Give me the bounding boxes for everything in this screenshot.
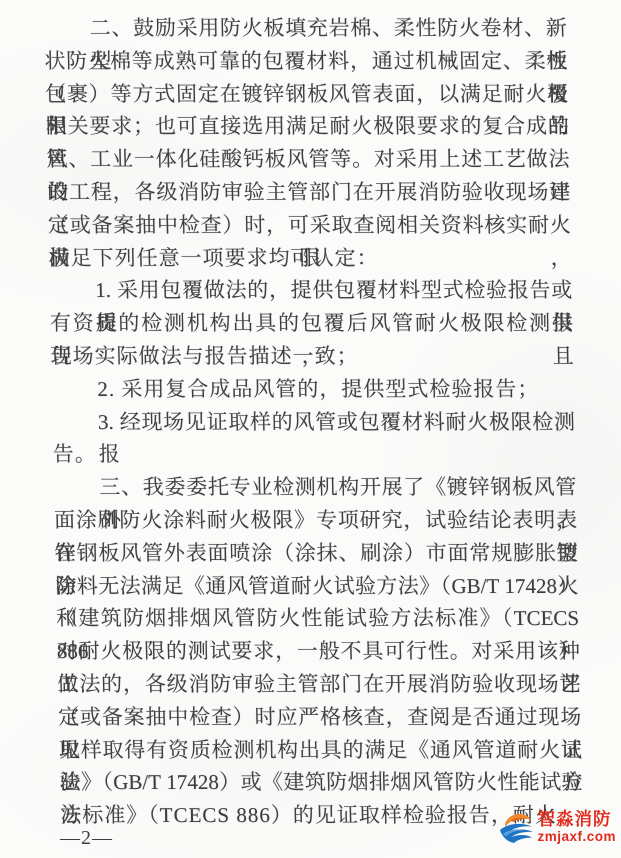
watermark-text: 智淼消防 zmjaxf.com [537,811,616,844]
document-page: 二、鼓励采用防火板填充岩棉、柔性防火卷材、新型板状防火棉等成熟可靠的包覆材料，通… [0,0,621,858]
document-body: 二、鼓励采用防火板填充岩棉、柔性防火卷材、新型板状防火棉等成熟可靠的包覆材料，通… [43,12,583,832]
text-line: 对耐火极限的测试要求，一般不具可行性。对采用该种工艺 [56,635,580,668]
text-line: 有资质的检测机构出具的包覆后风管耐火极限检测报告，且 [50,307,574,340]
text-line: 设工程，各级消防审验主管部门在开展消防验收现场评定 [47,176,571,209]
zhimiao-fire-logo-icon [499,810,535,844]
text-line: 三、我委委托专业检测机构开展了《镀锌钢板风管外表 [53,471,577,504]
text-line: 做法的，各级消防审验主管部门在开展消防验收现场评定 [57,668,581,701]
text-line: （或备案抽中检查）时，可采取查阅相关资料核实耐火极限， [48,209,572,242]
text-line: 涂料无法满足《通风管道耐火试验方法》（GB/T 17428）和 [55,570,579,603]
text-line: 法》（GB/T 17428）或《建筑防烟排烟风管防火性能试验方 [59,766,583,799]
page-footer: —2— [60,827,113,850]
page-number: —2— [60,827,113,849]
text-line: 锌钢板风管外表面喷涂（涂抹、刷涂）市面常规膨胀型防火 [54,537,578,570]
text-line: 管、工业一体化硅酸钙板风管等。对采用上述工艺做法的建 [46,143,570,176]
watermark-site: zmjaxf.com [537,830,616,844]
text-line: 1. 采用包覆做法的，提供包覆材料型式检验报告或提供 [49,274,573,307]
text-line: 二、鼓励采用防火板填充岩棉、柔性防火卷材、新型板 [43,12,567,45]
text-line: 2. 采用复合成品风管的，提供型式检验报告； [51,373,575,406]
text-line: 告。 [52,438,576,471]
text-line: 相关要求；也可直接选用满足耐火极限要求的复合成品风 [45,110,569,143]
text-line: 面涂刷防火涂料耐火极限》专项研究，试验结论表明，在镀 [54,504,578,537]
text-line: （或备案抽中检查）时应严格核查，查阅是否通过现场见证 [58,701,582,734]
text-line: 状防火棉等成熟可靠的包覆材料，通过机械固定、柔性包覆 [44,45,568,78]
text-line: 取样取得有资质检测机构出具的满足《通风管道耐火试验方 [59,734,583,767]
watermark: 智淼消防 zmjaxf.com [499,810,616,844]
text-line: （裹）等方式固定在镀锌钢板风管表面，以满足耐火极限的 [45,78,569,111]
watermark-brand: 智淼消防 [537,811,616,829]
text-line: 3. 经现场见证取样的风管或包覆材料耐火极限检测报 [52,406,576,439]
text-line: 《建筑防烟排烟风管防火性能试验方法标准》（TCECS 886） [56,602,580,635]
